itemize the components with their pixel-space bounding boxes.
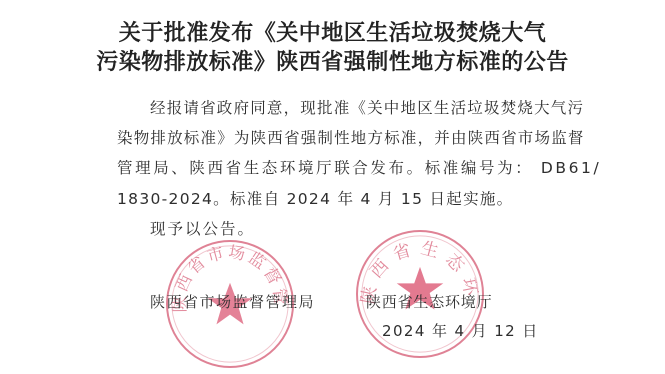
body-paragraph-line-1: 经报请省政府同意，现批准《关中地区生活垃圾焚烧大气污 xyxy=(150,96,584,118)
body-paragraph-line-3: 管理局、陕西省生态环境厅联合发布。标准编号为： DB61/ xyxy=(117,156,601,178)
issue-date: 2024 年 4 月 12 日 xyxy=(382,320,539,341)
document-title-line-1: 关于批准发布《关中地区生活垃圾焚烧大气 xyxy=(0,16,665,47)
body-paragraph-line-4: 1830-2024。标准自 2024 年 4 月 15 日起实施。 xyxy=(117,187,513,209)
signature-ecology-environment: 陕西省生态环境厅 xyxy=(366,291,492,312)
closing-line: 现予以公告。 xyxy=(150,217,255,239)
document-title-line-2: 污染物排放标准》陕西省强制性地方标准的公告 xyxy=(0,45,665,76)
announcement-document: 关于批准发布《关中地区生活垃圾焚烧大气 污染物排放标准》陕西省强制性地方标准的公… xyxy=(0,0,665,374)
signature-market-regulation: 陕西省市场监督管理局 xyxy=(150,291,315,312)
body-paragraph-line-2: 染物排放标准》为陕西省强制性地方标准，并由陕西省市场监督 xyxy=(117,126,585,148)
